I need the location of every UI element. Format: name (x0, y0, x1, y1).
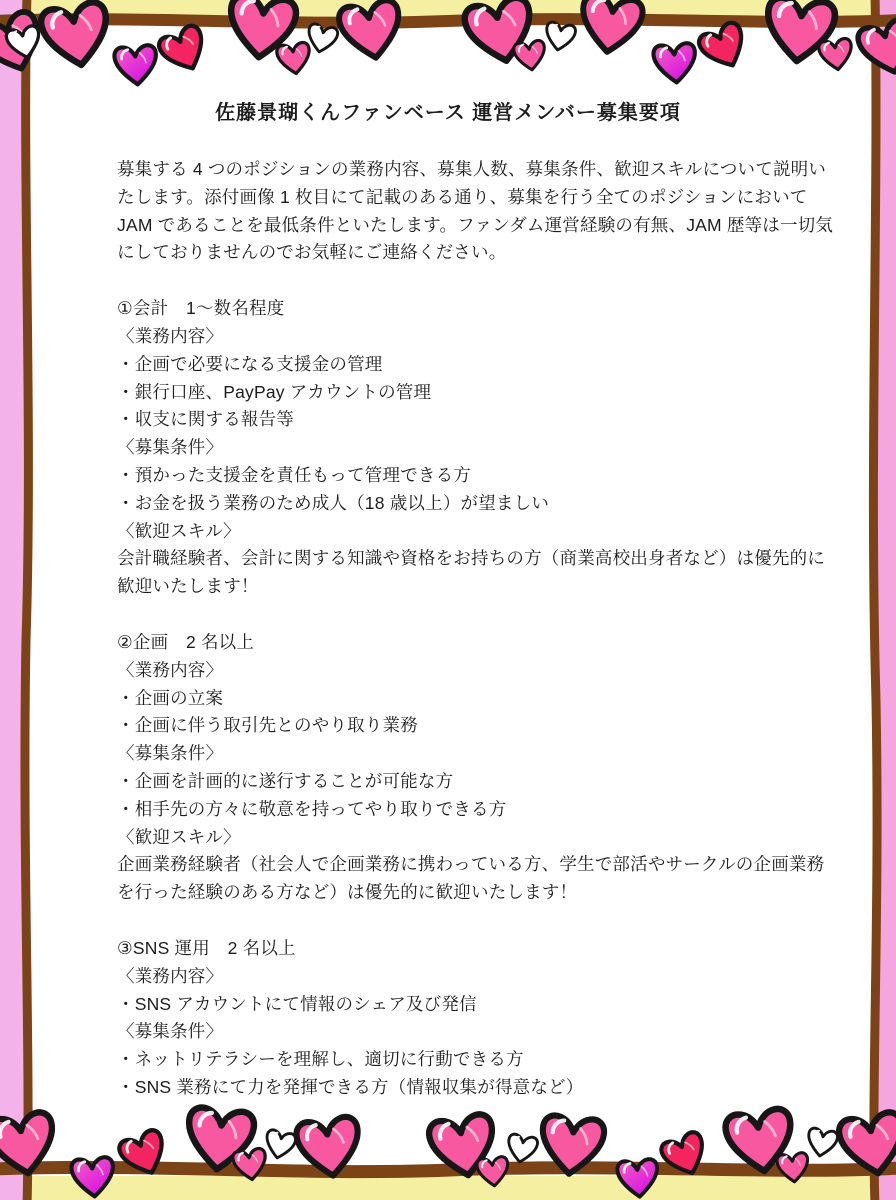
text-line: ・お金を扱う業務のため成人（18 歳以上）が望ましい (117, 490, 817, 518)
text-line: 会計職経験者、会計に関する知識や資格をお持ちの方（商業高校出身者など）は優先的に (117, 545, 817, 573)
text-line: 〈募集条件〉 (117, 434, 817, 462)
text-line: 〈歓迎スキル〉 (117, 824, 817, 852)
text-line: ・企画を計画的に遂行することが可能な方 (117, 768, 817, 796)
text-line: 〈業務内容〉 (117, 657, 817, 685)
text-line: 〈募集条件〉 (117, 740, 817, 768)
text-line: ・相手先の方々に敬意を持ってやり取りできる方 (117, 796, 817, 824)
text-line: を行った経験のある方など）は優先的に歓迎いたします！ (117, 879, 817, 907)
text-line: 募集する 4 つのポジションの業務内容、募集人数、募集条件、歓迎スキルについて説… (117, 156, 817, 184)
text-line: ・SNS 業務にて力を発揮できる方（情報収集が得意など） (117, 1074, 817, 1102)
page-title: 佐藤景瑚くんファンベース 運営メンバー募集要項 (117, 101, 779, 126)
text-line: 〈業務内容〉 (117, 963, 817, 991)
text-line: ・企画に伴う取引先とのやり取り業務 (117, 712, 817, 740)
flyer-page: 佐藤景瑚くんファンベース 運営メンバー募集要項 募集する 4 つのポジションの業… (0, 0, 896, 1200)
text-line: 〈歓迎スキル〉 (117, 518, 817, 546)
text-line: ・SNS アカウントにて情報のシェア及び発信 (117, 991, 817, 1019)
text-block-position-2-planning: ②企画 2 名以上〈業務内容〉・企画の立案・企画に伴う取引先とのやり取り業務〈募… (117, 629, 817, 907)
text-block-position-1-accounting: ①会計 1～数名程度〈業務内容〉・企画で必要になる支援金の管理・銀行口座、Pay… (117, 295, 817, 601)
text-line: ・銀行口座、PayPay アカウントの管理 (117, 379, 817, 407)
text-line: 〈業務内容〉 (117, 323, 817, 351)
text-line: 〈募集条件〉 (117, 1018, 817, 1046)
text-line: ・企画で必要になる支援金の管理 (117, 351, 817, 379)
text-line: ③SNS 運用 2 名以上 (117, 935, 817, 963)
text-line: ・収支に関する報告等 (117, 406, 817, 434)
text-line: ・ネットリテラシーを理解し、適切に行動できる方 (117, 1046, 817, 1074)
text-block-intro: 募集する 4 つのポジションの業務内容、募集人数、募集条件、歓迎スキルについて説… (117, 156, 817, 267)
text-line: JAM であることを最低条件といたします。ファンダム運営経験の有無、JAM 歴等… (117, 212, 817, 240)
text-line: にしておりませんのでお気軽にご連絡ください。 (117, 239, 817, 267)
text-line: ②企画 2 名以上 (117, 629, 817, 657)
text-line: ・企画の立案 (117, 685, 817, 713)
document-body: 募集する 4 つのポジションの業務内容、募集人数、募集条件、歓迎スキルについて説… (117, 156, 817, 1130)
document-content: 佐藤景瑚くんファンベース 運営メンバー募集要項 募集する 4 つのポジションの業… (0, 0, 896, 1200)
text-line: たします。添付画像 1 枚目にて記載のある通り、募集を行う全てのポジションにおい… (117, 184, 817, 212)
text-line: 企画業務経験者（社会人で企画業務に携わっている方、学生で部活やサークルの企画業務 (117, 851, 817, 879)
text-line: ①会計 1～数名程度 (117, 295, 817, 323)
text-line: ・預かった支援金を責任もって管理できる方 (117, 462, 817, 490)
text-line: 歓迎いたします！ (117, 573, 817, 601)
text-block-position-3-sns: ③SNS 運用 2 名以上〈業務内容〉・SNS アカウントにて情報のシェア及び発… (117, 935, 817, 1102)
